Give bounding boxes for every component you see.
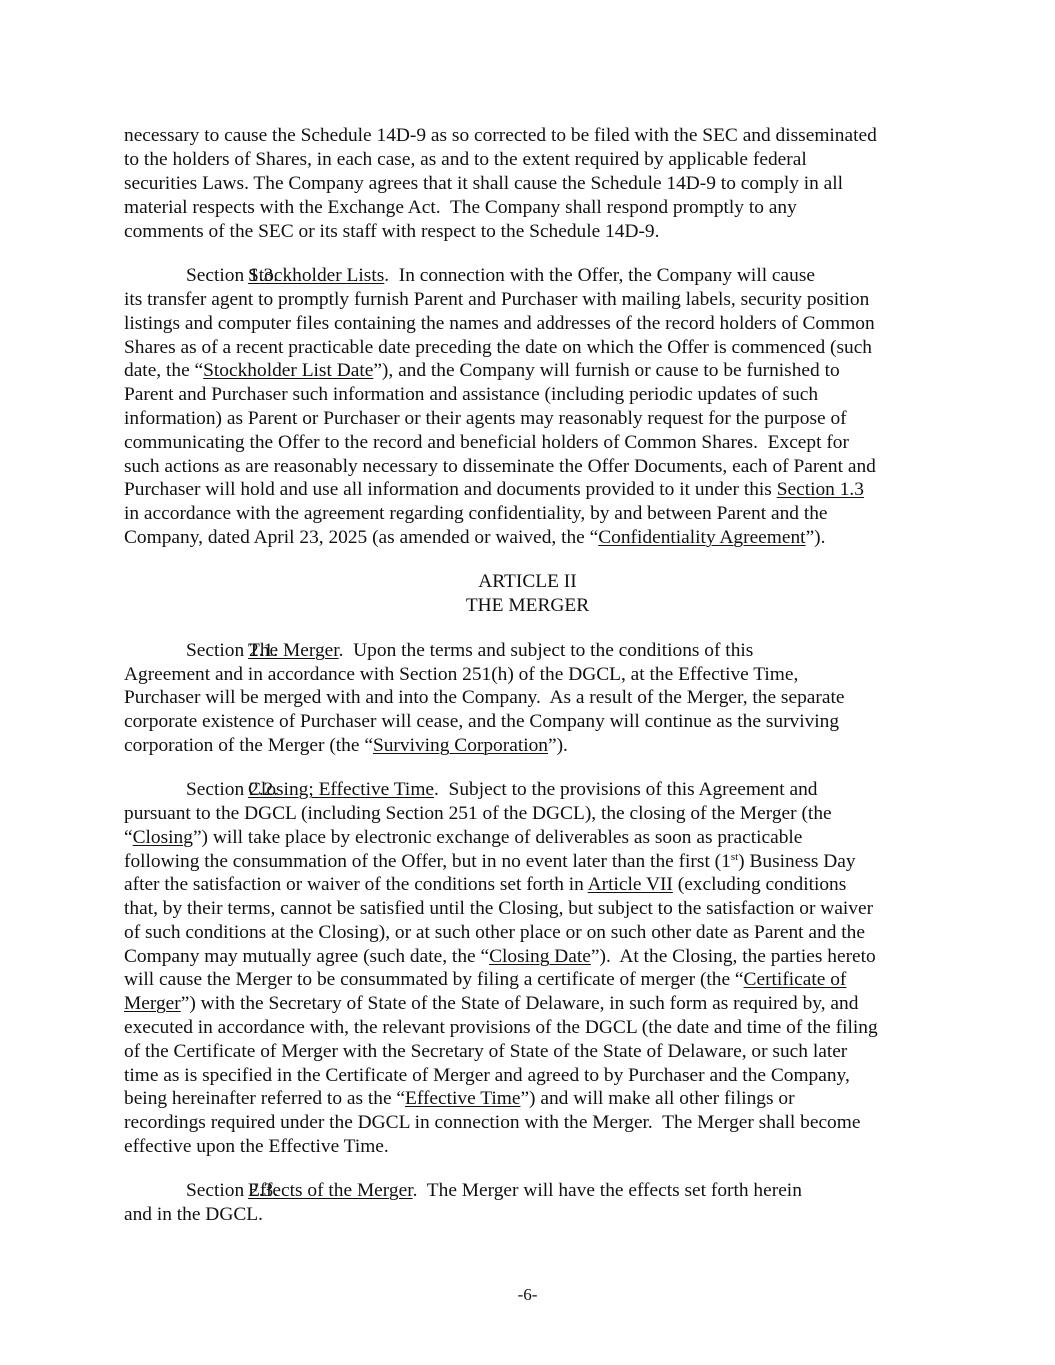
defined-term: Effective Time <box>405 1088 520 1109</box>
text-line: listings and computer files containing t… <box>124 312 875 336</box>
text-line: information) as Parent or Purchaser or t… <box>124 407 847 431</box>
text-span: following the consummation of the Offer,… <box>124 851 731 872</box>
text-span: . The Merger will have the effects set f… <box>413 1180 802 1201</box>
section-title: Stockholder Lists <box>248 265 384 286</box>
text-line: Section 2.3.Effects of the Merger. The M… <box>186 1179 802 1203</box>
text-span: Purchaser will hold and use all informat… <box>124 479 777 500</box>
text-span: Company, dated April 23, 2025 (as amende… <box>124 527 598 548</box>
text-line: pursuant to the DGCL (including Section … <box>124 802 832 826</box>
text-line: necessary to cause the Schedule 14D-9 as… <box>124 124 877 148</box>
text-line: that, by their terms, cannot be satisfie… <box>124 897 873 921</box>
text-line: will cause the Merger to be consummated … <box>124 968 846 992</box>
text-line: material respects with the Exchange Act.… <box>124 196 797 220</box>
text-line: Company may mutually agree (such date, t… <box>124 945 876 969</box>
defined-term: Closing Date <box>489 946 591 967</box>
text-line: Parent and Purchaser such information an… <box>124 383 818 407</box>
section-number: Section 1.3. <box>186 264 248 288</box>
text-span: ”), and the Company will furnish or caus… <box>373 360 839 381</box>
text-line: securities Laws. The Company agrees that… <box>124 172 843 196</box>
text-line: Shares as of a recent practicable date p… <box>124 336 872 360</box>
article-title: THE MERGER <box>0 594 1055 618</box>
text-span: ) Business Day <box>738 851 855 872</box>
text-line: executed in accordance with, the relevan… <box>124 1016 878 1040</box>
text-span: after the satisfaction or waiver of the … <box>124 874 588 895</box>
article-number: ARTICLE II <box>0 570 1055 594</box>
text-line: its transfer agent to promptly furnish P… <box>124 288 869 312</box>
text-line: such actions as are reasonably necessary… <box>124 455 876 479</box>
defined-term: Stockholder List Date <box>203 360 373 381</box>
text-line: of the Certificate of Merger with the Se… <box>124 1040 847 1064</box>
defined-term: Merger <box>124 993 181 1014</box>
text-span: “ <box>124 827 133 848</box>
page-number: -6- <box>0 1283 1055 1307</box>
section-number: Section 2.2. <box>186 778 248 802</box>
text-line: Purchaser will hold and use all informat… <box>124 478 864 502</box>
text-span: will cause the Merger to be consummated … <box>124 969 744 990</box>
text-span: ”). At the Closing, the parties hereto <box>591 946 876 967</box>
text-line: Section 1.3.Stockholder Lists. In connec… <box>186 264 815 288</box>
text-span: ”). <box>548 735 568 756</box>
text-line: communicating the Offer to the record an… <box>124 431 849 455</box>
section-title: Effects of the Merger <box>248 1180 413 1201</box>
defined-term: Closing <box>133 827 193 848</box>
section-number: Section 2.1. <box>186 639 248 663</box>
text-line: corporation of the Merger (the “Survivin… <box>124 734 568 758</box>
text-line: Agreement and in accordance with Section… <box>124 663 798 687</box>
text-span: . In connection with the Offer, the Comp… <box>384 265 815 286</box>
text-line: Section 2.1.The Merger. Upon the terms a… <box>186 639 753 663</box>
text-line: Section 2.2.Closing; Effective Time. Sub… <box>186 778 817 802</box>
text-span: . Subject to the provisions of this Agre… <box>434 779 817 800</box>
text-line: Merger”) with the Secretary of State of … <box>124 992 858 1016</box>
text-span: Company may mutually agree (such date, t… <box>124 946 489 967</box>
text-span: ”) will take place by electronic exchang… <box>193 827 802 848</box>
text-span: . Upon the terms and subject to the cond… <box>339 640 754 661</box>
cross-reference-link[interactable]: Article VII <box>588 874 673 895</box>
text-span: (excluding conditions <box>673 874 846 895</box>
cross-reference-link[interactable]: Section 1.3 <box>777 479 864 500</box>
text-line: of such conditions at the Closing), or a… <box>124 921 865 945</box>
defined-term: Surviving Corporation <box>373 735 548 756</box>
text-span: date, the “ <box>124 360 203 381</box>
text-line: and in the DGCL. <box>124 1203 263 1227</box>
defined-term: Confidentiality Agreement <box>598 527 805 548</box>
section-number: Section 2.3. <box>186 1179 248 1203</box>
text-span: ”) with the Secretary of State of the St… <box>181 993 859 1014</box>
text-line: recordings required under the DGCL in co… <box>124 1111 860 1135</box>
text-line: to the holders of Shares, in each case, … <box>124 148 807 172</box>
text-line: in accordance with the agreement regardi… <box>124 502 828 526</box>
text-line: “Closing”) will take place by electronic… <box>124 826 802 850</box>
text-line: effective upon the Effective Time. <box>124 1135 389 1159</box>
text-line: corporate existence of Purchaser will ce… <box>124 710 839 734</box>
text-span: ”). <box>806 527 826 548</box>
text-line: following the consummation of the Offer,… <box>124 850 856 874</box>
text-span: ”) and will make all other filings or <box>520 1088 794 1109</box>
text-span: being hereinafter referred to as the “ <box>124 1088 405 1109</box>
text-span: corporation of the Merger (the “ <box>124 735 373 756</box>
section-title: Closing; Effective Time <box>248 779 434 800</box>
section-title: The Merger <box>248 640 339 661</box>
text-line: Company, dated April 23, 2025 (as amende… <box>124 526 825 550</box>
defined-term: Certificate of <box>744 969 847 990</box>
text-line: Purchaser will be merged with and into t… <box>124 686 844 710</box>
document-page: necessary to cause the Schedule 14D-9 as… <box>0 0 1055 1365</box>
text-line: time as is specified in the Certificate … <box>124 1064 850 1088</box>
text-line: comments of the SEC or its staff with re… <box>124 220 659 244</box>
text-line: being hereinafter referred to as the “Ef… <box>124 1087 795 1111</box>
text-line: date, the “Stockholder List Date”), and … <box>124 359 840 383</box>
text-line: after the satisfaction or waiver of the … <box>124 873 846 897</box>
